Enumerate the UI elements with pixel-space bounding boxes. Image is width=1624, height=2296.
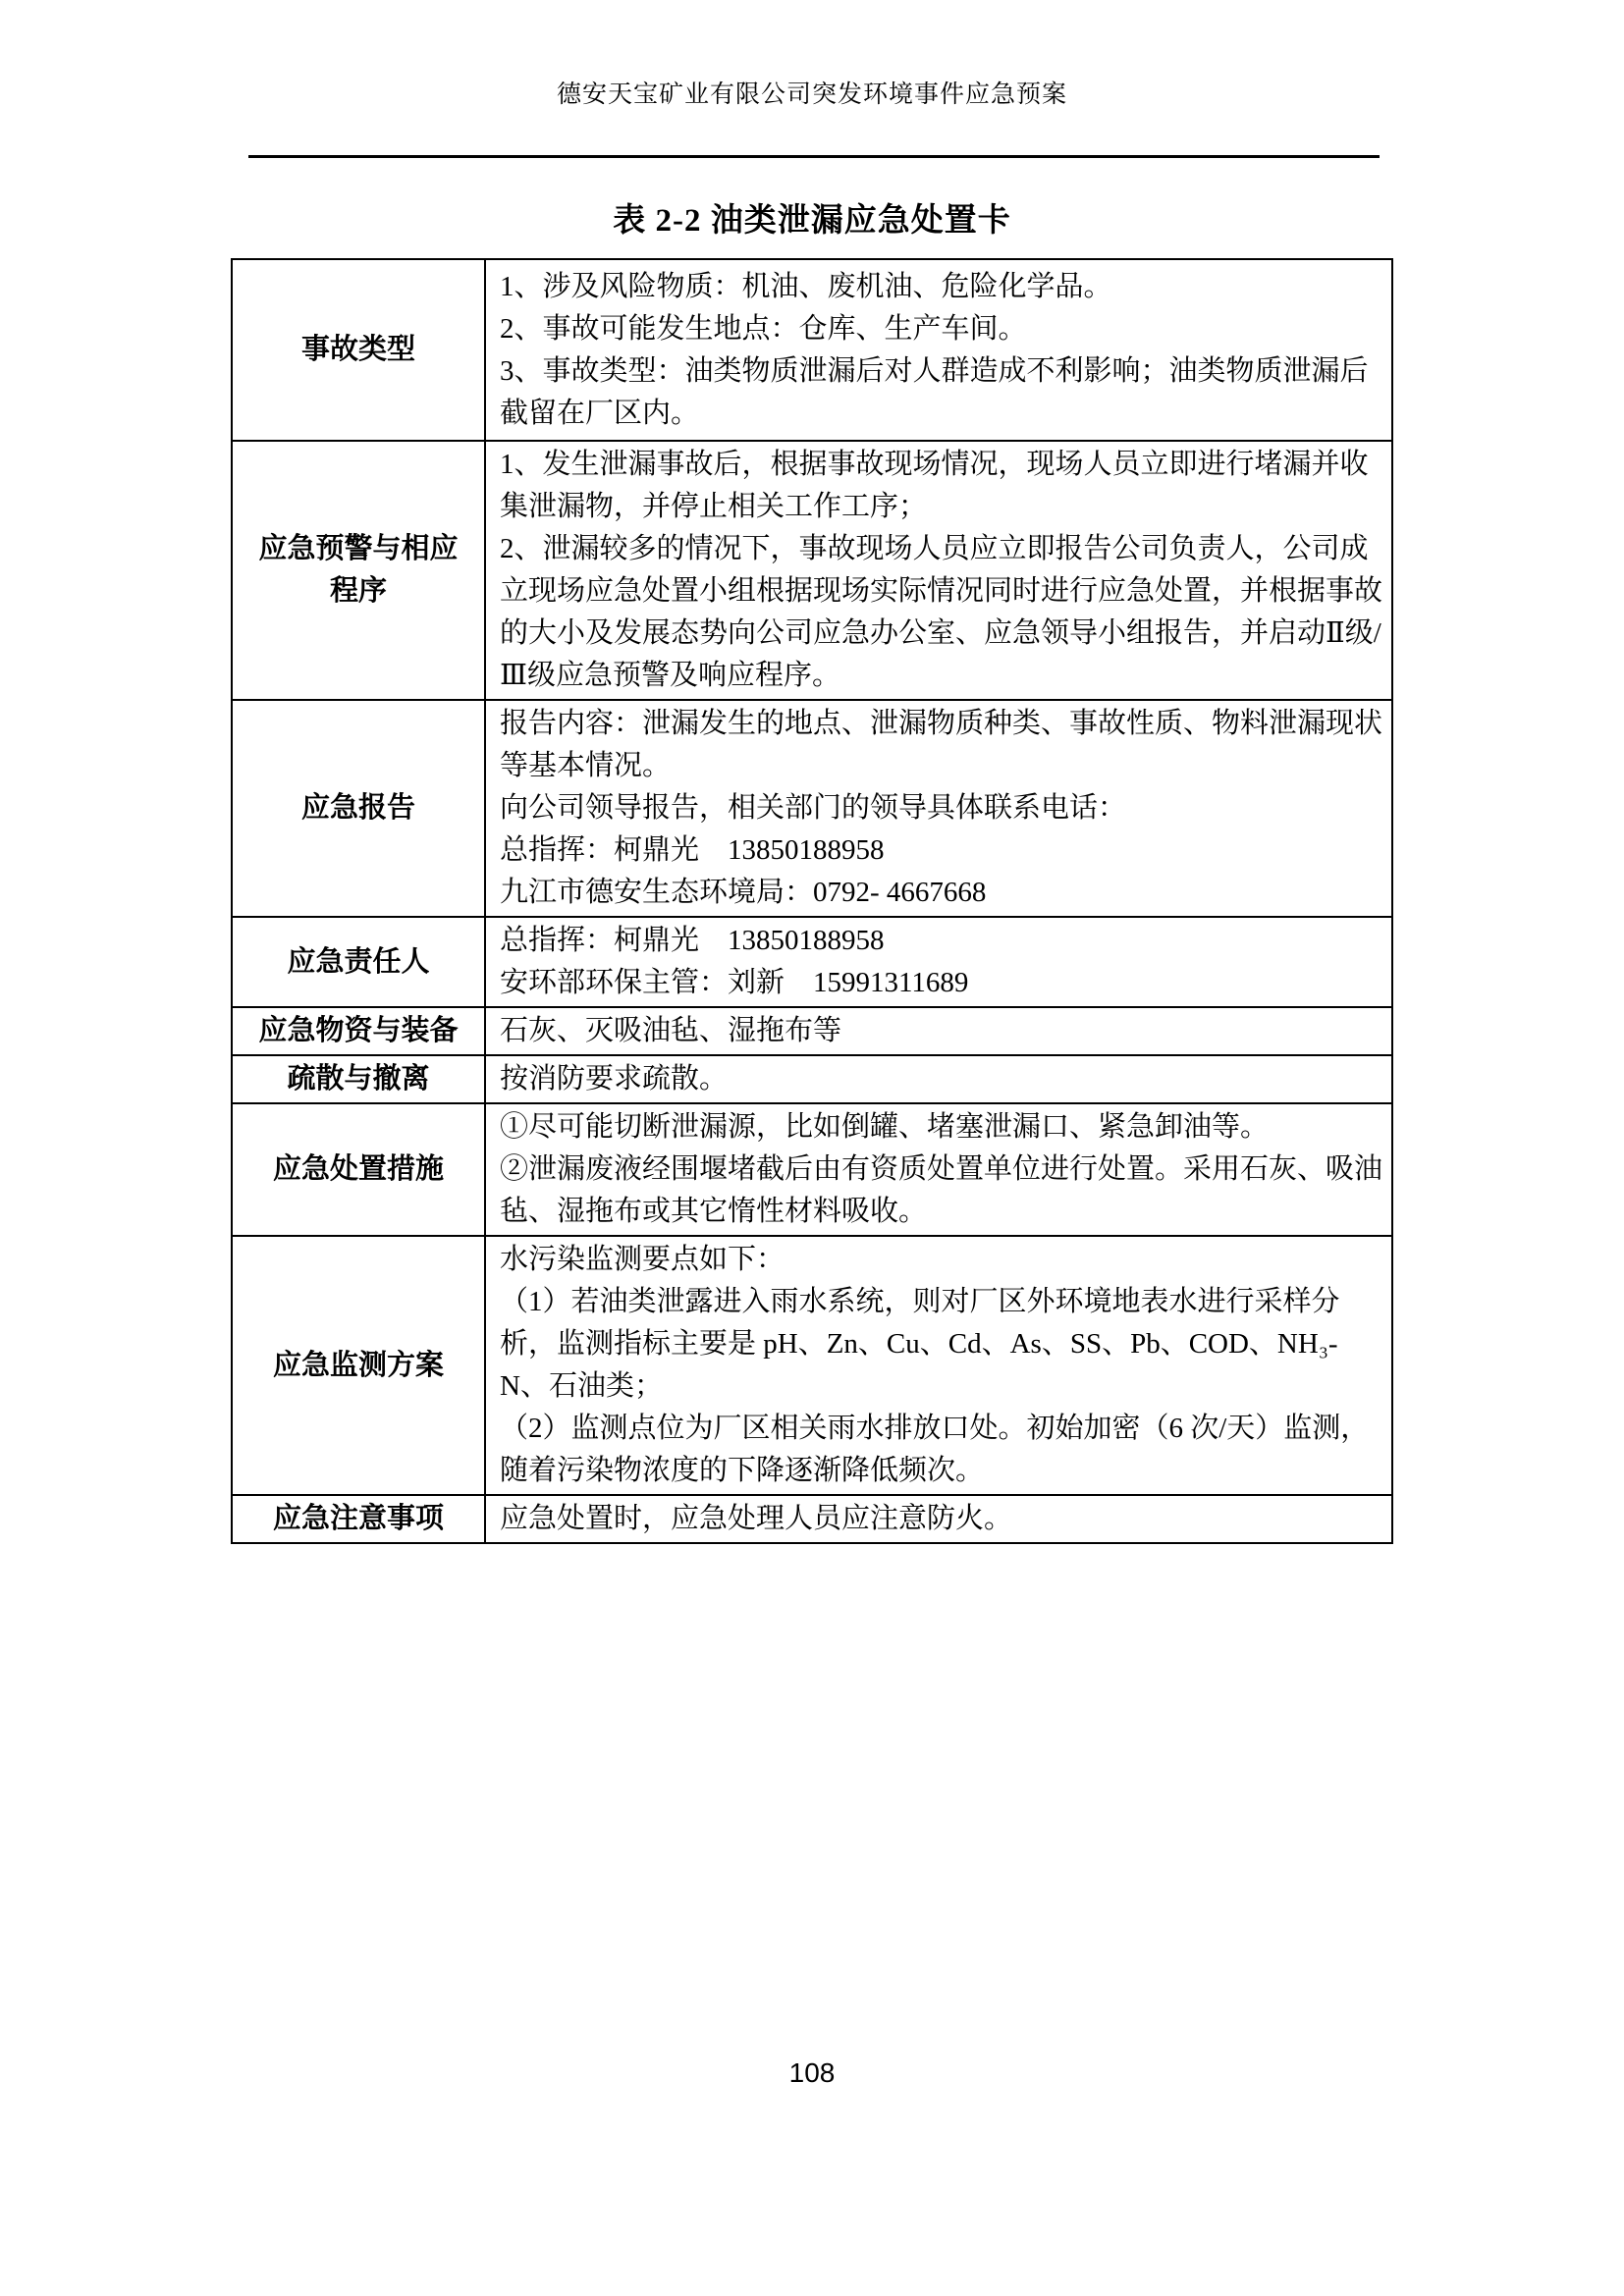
cell-paragraph: 向公司领导报告，相关部门的领导具体联系电话：: [500, 787, 1383, 829]
table-row: 应急注意事项 应急处置时，应急处理人员应注意防火。: [232, 1495, 1392, 1543]
row-label: 应急注意事项: [232, 1495, 485, 1543]
row-label: 应急处置措施: [232, 1103, 485, 1236]
header-rule: [248, 155, 1380, 158]
row-content: 总指挥：柯鼎光 13850188958 安环部环保主管：刘新 159913116…: [485, 917, 1392, 1007]
cell-paragraph: （1）若油类泄露进入雨水系统，则对厂区外环境地表水进行采样分析，监测指标主要是 …: [500, 1281, 1383, 1408]
row-content: ①尽可能切断泄漏源，比如倒罐、堵塞泄漏口、紧急卸油等。 ②泄漏废液经围堰堵截后由…: [485, 1103, 1392, 1236]
emergency-response-card-table: 事故类型 1、涉及风险物质：机油、废机油、危险化学品。 2、事故可能发生地点：仓…: [231, 258, 1393, 1544]
row-label: 应急预警与相应 程序: [232, 441, 485, 700]
cell-paragraph: 3、事故类型：油类物质泄漏后对人群造成不利影响；油类物质泄漏后截留在厂区内。: [500, 350, 1383, 435]
cell-paragraph: 2、事故可能发生地点：仓库、生产车间。: [500, 308, 1383, 350]
table-title: 表 2-2 油类泄漏应急处置卡: [0, 194, 1624, 240]
row-content: 应急处置时，应急处理人员应注意防火。: [485, 1495, 1392, 1543]
cell-paragraph: 九江市德安生态环境局：0792- 4667668: [500, 872, 1383, 914]
page-number: 108: [0, 2057, 1624, 2089]
cell-paragraph: 应急处置时，应急处理人员应注意防火。: [500, 1498, 1383, 1540]
row-content: 石灰、灭吸油毡、湿拖布等: [485, 1007, 1392, 1055]
table-row: 应急物资与装备 石灰、灭吸油毡、湿拖布等: [232, 1007, 1392, 1055]
cell-paragraph: ②泄漏废液经围堰堵截后由有资质处置单位进行处置。采用石灰、吸油毡、湿拖布或其它惰…: [500, 1148, 1383, 1233]
page-header: 德安天宝矿业有限公司突发环境事件应急预案: [0, 75, 1624, 110]
table-row: 应急监测方案 水污染监测要点如下： （1）若油类泄露进入雨水系统，则对厂区外环境…: [232, 1236, 1392, 1495]
cell-paragraph: 按消防要求疏散。: [500, 1058, 1383, 1100]
row-label: 事故类型: [232, 259, 485, 441]
cell-paragraph: 水污染监测要点如下：: [500, 1239, 1383, 1281]
row-label: 应急物资与装备: [232, 1007, 485, 1055]
cell-paragraph: 安环部环保主管：刘新 15991311689: [500, 962, 1383, 1004]
table-row: 应急责任人 总指挥：柯鼎光 13850188958 安环部环保主管：刘新 159…: [232, 917, 1392, 1007]
row-content: 按消防要求疏散。: [485, 1055, 1392, 1103]
cell-paragraph: 报告内容：泄漏发生的地点、泄漏物质种类、事故性质、物料泄漏现状等基本情况。: [500, 703, 1383, 787]
table-row: 应急预警与相应 程序 1、发生泄漏事故后，根据事故现场情况，现场人员立即进行堵漏…: [232, 441, 1392, 700]
table-row: 应急报告 报告内容：泄漏发生的地点、泄漏物质种类、事故性质、物料泄漏现状等基本情…: [232, 700, 1392, 917]
table-row: 疏散与撤离 按消防要求疏散。: [232, 1055, 1392, 1103]
row-content: 1、涉及风险物质：机油、废机油、危险化学品。 2、事故可能发生地点：仓库、生产车…: [485, 259, 1392, 441]
cell-paragraph: （2）监测点位为厂区相关雨水排放口处。初始加密（6 次/天）监测，随着污染物浓度…: [500, 1408, 1383, 1492]
cell-paragraph: 石灰、灭吸油毡、湿拖布等: [500, 1010, 1383, 1052]
cell-paragraph: 1、发生泄漏事故后，根据事故现场情况，现场人员立即进行堵漏并收集泄漏物，并停止相…: [500, 444, 1383, 528]
document-page: 德安天宝矿业有限公司突发环境事件应急预案 表 2-2 油类泄漏应急处置卡 事故类…: [0, 0, 1624, 2296]
cell-paragraph: 2、泄漏较多的情况下，事故现场人员应立即报告公司负责人，公司成立现场应急处置小组…: [500, 528, 1383, 697]
cell-paragraph: ①尽可能切断泄漏源，比如倒罐、堵塞泄漏口、紧急卸油等。: [500, 1106, 1383, 1148]
row-content: 1、发生泄漏事故后，根据事故现场情况，现场人员立即进行堵漏并收集泄漏物，并停止相…: [485, 441, 1392, 700]
row-label: 应急报告: [232, 700, 485, 917]
table-row: 应急处置措施 ①尽可能切断泄漏源，比如倒罐、堵塞泄漏口、紧急卸油等。 ②泄漏废液…: [232, 1103, 1392, 1236]
cell-paragraph: 总指挥：柯鼎光 13850188958: [500, 920, 1383, 962]
table-row: 事故类型 1、涉及风险物质：机油、废机油、危险化学品。 2、事故可能发生地点：仓…: [232, 259, 1392, 441]
row-label: 疏散与撤离: [232, 1055, 485, 1103]
cell-paragraph: 1、涉及风险物质：机油、废机油、危险化学品。: [500, 266, 1383, 308]
row-label: 应急责任人: [232, 917, 485, 1007]
row-content: 水污染监测要点如下： （1）若油类泄露进入雨水系统，则对厂区外环境地表水进行采样…: [485, 1236, 1392, 1495]
row-content: 报告内容：泄漏发生的地点、泄漏物质种类、事故性质、物料泄漏现状等基本情况。 向公…: [485, 700, 1392, 917]
cell-paragraph: 总指挥：柯鼎光 13850188958: [500, 829, 1383, 872]
row-label: 应急监测方案: [232, 1236, 485, 1495]
